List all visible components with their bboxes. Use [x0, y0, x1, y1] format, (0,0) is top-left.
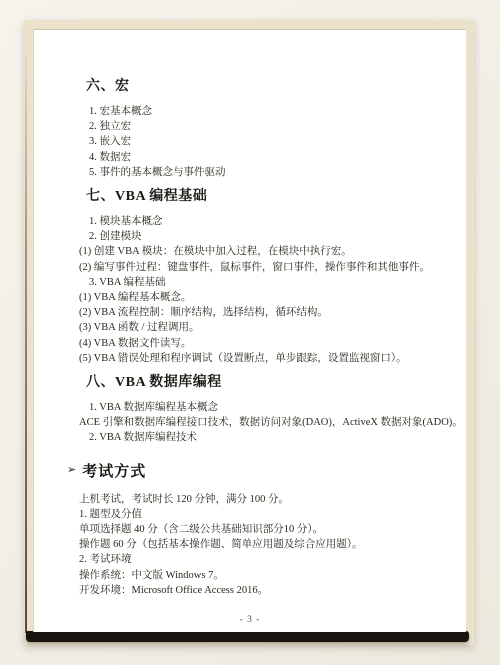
section-macros: 六、宏 1. 宏基本概念 2. 独立宏 3. 嵌入宏 4. 数据宏 5. 事件的…	[79, 75, 430, 180]
list-item: 1. 宏基本概念	[89, 104, 430, 119]
arrow-bullet-icon: ➢	[67, 465, 76, 476]
list-item: 2. 创建模块	[89, 229, 430, 244]
list-item: 开发环境：Microsoft Office Access 2016。	[79, 583, 430, 598]
section-heading: 考试方式	[82, 460, 146, 481]
list-item: (1) 创建 VBA 模块：在模块中加入过程，在模块中执行宏。	[79, 244, 430, 259]
list-item: 4. 数据宏	[89, 150, 430, 165]
section-heading: 六、宏	[86, 75, 430, 95]
exam-method-heading: ➢ 考试方式	[67, 460, 430, 481]
list-item: 3. 嵌入宏	[89, 134, 430, 149]
list-item: 2. VBA 数据库编程技术	[89, 430, 430, 445]
list-item: 操作系统：中文版 Windows 7。	[79, 568, 430, 583]
list-item: (4) VBA 数据文件读写。	[79, 336, 430, 351]
list-item: 1. 题型及分值	[79, 507, 430, 522]
section-vba-database: 八、VBA 数据库编程 1. VBA 数据库编程基本概念 ACE 引擎和数据库编…	[79, 371, 430, 446]
list-item: 1. 模块基本概念	[89, 214, 430, 229]
list-item: ACE 引擎和数据库编程接口技术，数据访问对象(DAO)，ActiveX 数据对…	[79, 415, 430, 430]
list-item: 单项选择题 40 分（含二级公共基础知识部分10 分）。	[79, 522, 430, 537]
list-item: 上机考试，考试时长 120 分钟，满分 100 分。	[79, 492, 430, 507]
document-page: 六、宏 1. 宏基本概念 2. 独立宏 3. 嵌入宏 4. 数据宏 5. 事件的…	[33, 29, 466, 632]
page-left-edge-shadow	[25, 55, 27, 633]
list-item: 2. 独立宏	[89, 119, 430, 134]
list-item: (2) 编写事件过程：键盘事件，鼠标事件，窗口事件，操作事件和其他事件。	[79, 260, 430, 275]
list-item: 2. 考试环境	[79, 552, 430, 567]
list-item: (5) VBA 错误处理和程序调试（设置断点，单步跟踪，设置监视窗口）。	[79, 351, 430, 366]
list-item: 操作题 60 分（包括基本操作题、简单应用题及综合应用题）。	[79, 537, 430, 552]
page-bottom-edge-shadow	[26, 631, 469, 642]
list-item: 1. VBA 数据库编程基本概念	[89, 400, 430, 415]
list-item: 5. 事件的基本概念与事件驱动	[89, 165, 430, 180]
list-item: (3) VBA 函数 / 过程调用。	[79, 320, 430, 335]
list-item: (1) VBA 编程基本概念。	[79, 290, 430, 305]
section-heading: 七、VBA 编程基础	[86, 185, 430, 205]
section-heading: 八、VBA 数据库编程	[86, 371, 430, 391]
section-vba-programming: 七、VBA 编程基础 1. 模块基本概念 2. 创建模块 (1) 创建 VBA …	[79, 185, 430, 366]
section-exam-method: ➢ 考试方式 上机考试，考试时长 120 分钟，满分 100 分。 1. 题型及…	[79, 460, 430, 598]
photo-background: 六、宏 1. 宏基本概念 2. 独立宏 3. 嵌入宏 4. 数据宏 5. 事件的…	[0, 0, 500, 665]
list-item: (2) VBA 流程控制：顺序结构，选择结构，循环结构。	[79, 305, 430, 320]
list-item: 3. VBA 编程基础	[89, 275, 430, 290]
page-number: - 3 -	[34, 615, 466, 625]
